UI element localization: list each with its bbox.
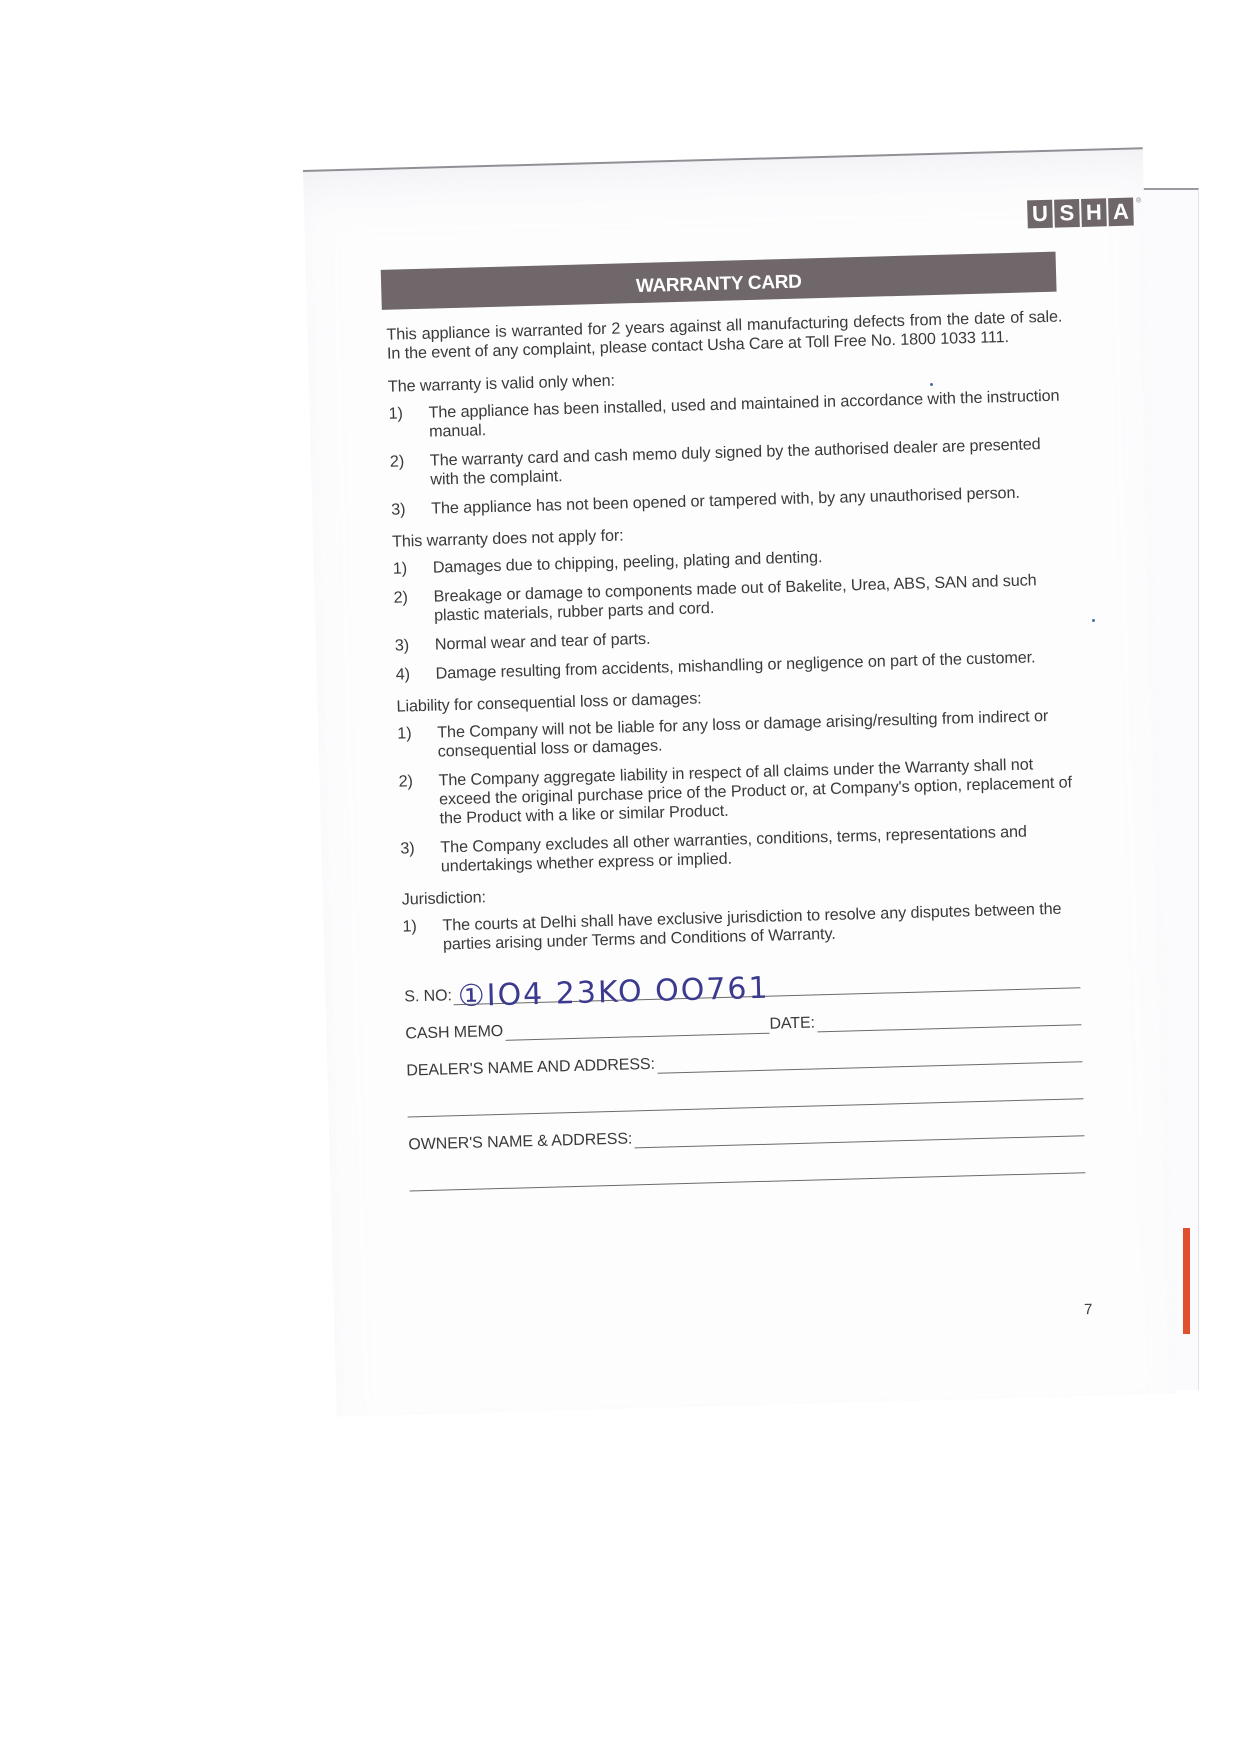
list-item: 2)The Company aggregate liability in res… [398,754,1075,829]
intro-paragraph: This appliance is warranted for 2 years … [386,308,1063,364]
page-number: 7 [1084,1301,1093,1318]
logo-letter: U [1027,200,1053,229]
orange-edge-tab [1183,1228,1190,1334]
usha-logo: U S H A ® [1027,197,1142,228]
date-label: DATE: [769,1013,815,1033]
section-jurisdiction: Jurisdiction: 1)The courts at Delhi shal… [402,872,1080,955]
ink-speck [1092,619,1095,622]
warranty-terms: This appliance is warranted for 2 years … [386,308,1085,1192]
warranty-card-page: U S H A ® WARRANTY CARD This appliance i… [303,147,1176,1416]
list-item: 1)The Company will not be liable for any… [397,706,1074,762]
section-not-apply: This warranty does not apply for: 1)Dama… [392,514,1072,684]
list-item: 2)Breakage or damage to components made … [393,570,1070,626]
section-valid-when: The warranty is valid only when: 1)The a… [388,360,1068,520]
page-title: WARRANTY CARD [381,252,1057,310]
list-item: 2)The warranty card and cash memo duly s… [390,434,1067,490]
list-item: 1)The courts at Delhi shall have exclusi… [402,899,1079,955]
logo-letter: H [1081,198,1107,227]
list-item: 3)The Company excludes all other warrant… [400,821,1077,877]
logo-letter: A [1108,198,1134,227]
logo-letter: S [1054,199,1080,228]
list-item: 3)The appliance has not been opened or t… [391,482,1067,519]
serial-number-handwritten: ①IO4 23KO OO761 [458,979,770,1006]
list-item: 4)Damage resulting from accidents, misha… [395,647,1071,684]
ink-speck [930,383,933,386]
section-liability: Liability for consequential loss or dama… [396,679,1077,877]
warranty-form: S. NO: ①IO4 23KO OO761 CASH MEMO DATE: D… [404,951,1086,1191]
cash-memo-label: CASH MEMO [405,1022,503,1044]
list-item: 1)The appliance has been installed, used… [388,386,1065,442]
serial-number-label: S. NO: [404,986,452,1006]
trademark-symbol: ® [1136,197,1142,225]
